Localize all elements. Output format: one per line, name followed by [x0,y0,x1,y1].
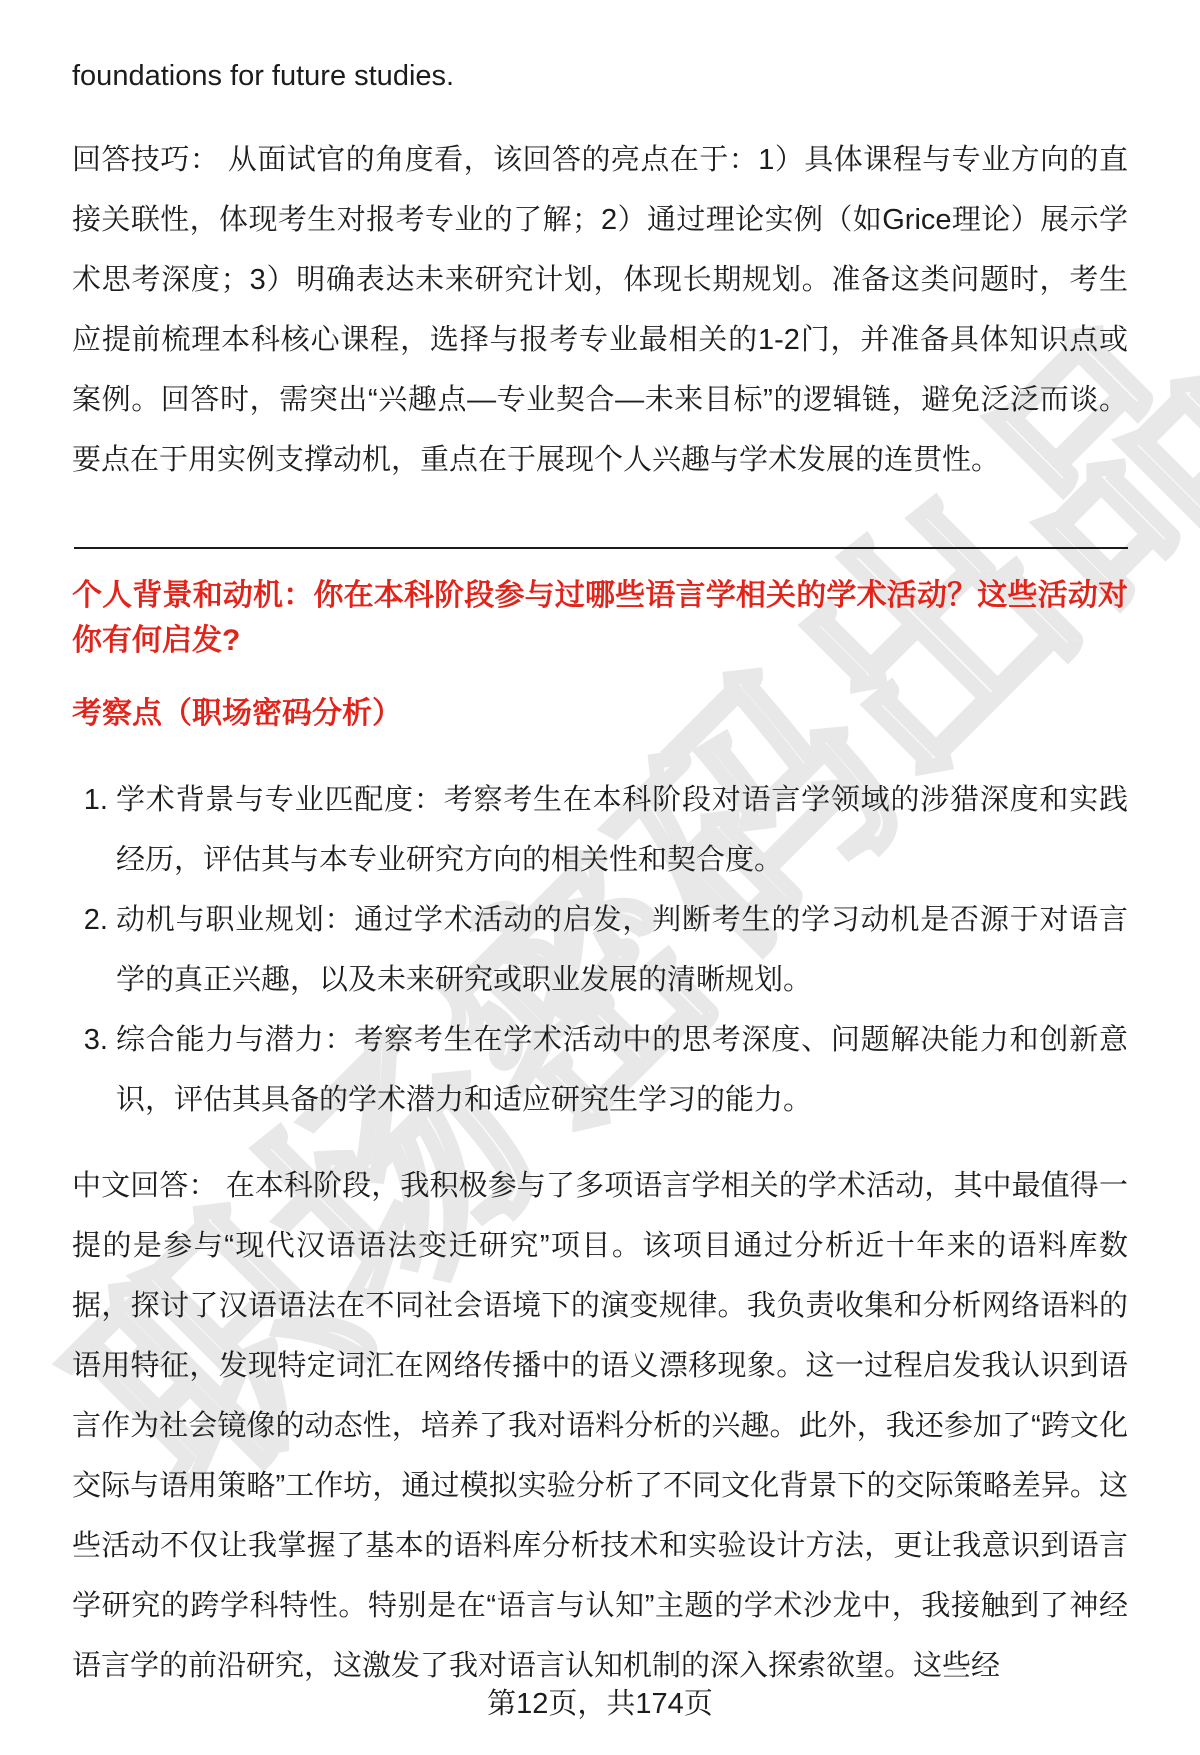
chinese-answer-paragraph: 中文回答： 在本科阶段，我积极参与了多项语言学相关的学术活动，其中最值得一提的是… [72,1156,1128,1696]
section-divider [74,547,1128,549]
page-footer: 第12页，共174页 [0,1682,1200,1727]
exam-point-item: 综合能力与潜力：考察考生在学术活动中的思考深度、问题解决能力和创新意识，评估其具… [116,1010,1128,1130]
page-content: foundations for future studies. 回答技巧： 从面… [0,0,1200,1696]
document-page: 职场密码出品 foundations for future studies. 回… [0,0,1200,1755]
english-sentence: foundations for future studies. [72,46,1128,106]
exam-points-list: 学术背景与专业匹配度：考察考生在本科阶段对语言学领域的涉猎深度和实践经历，评估其… [72,770,1128,1130]
answer-tips-paragraph: 回答技巧： 从面试官的角度看，该回答的亮点在于：1）具体课程与专业方向的直接关联… [72,130,1128,490]
exam-point-item: 动机与职业规划：通过学术活动的启发，判断考生的学习动机是否源于对语言学的真正兴趣… [116,890,1128,1010]
analysis-points-heading: 考察点（职场密码分析） [72,691,1128,736]
exam-point-item: 学术背景与专业匹配度：考察考生在本科阶段对语言学领域的涉猎深度和实践经历，评估其… [116,770,1128,890]
question-heading: 个人背景和动机：你在本科阶段参与过哪些语言学相关的学术活动？这些活动对你有何启发… [72,573,1128,663]
